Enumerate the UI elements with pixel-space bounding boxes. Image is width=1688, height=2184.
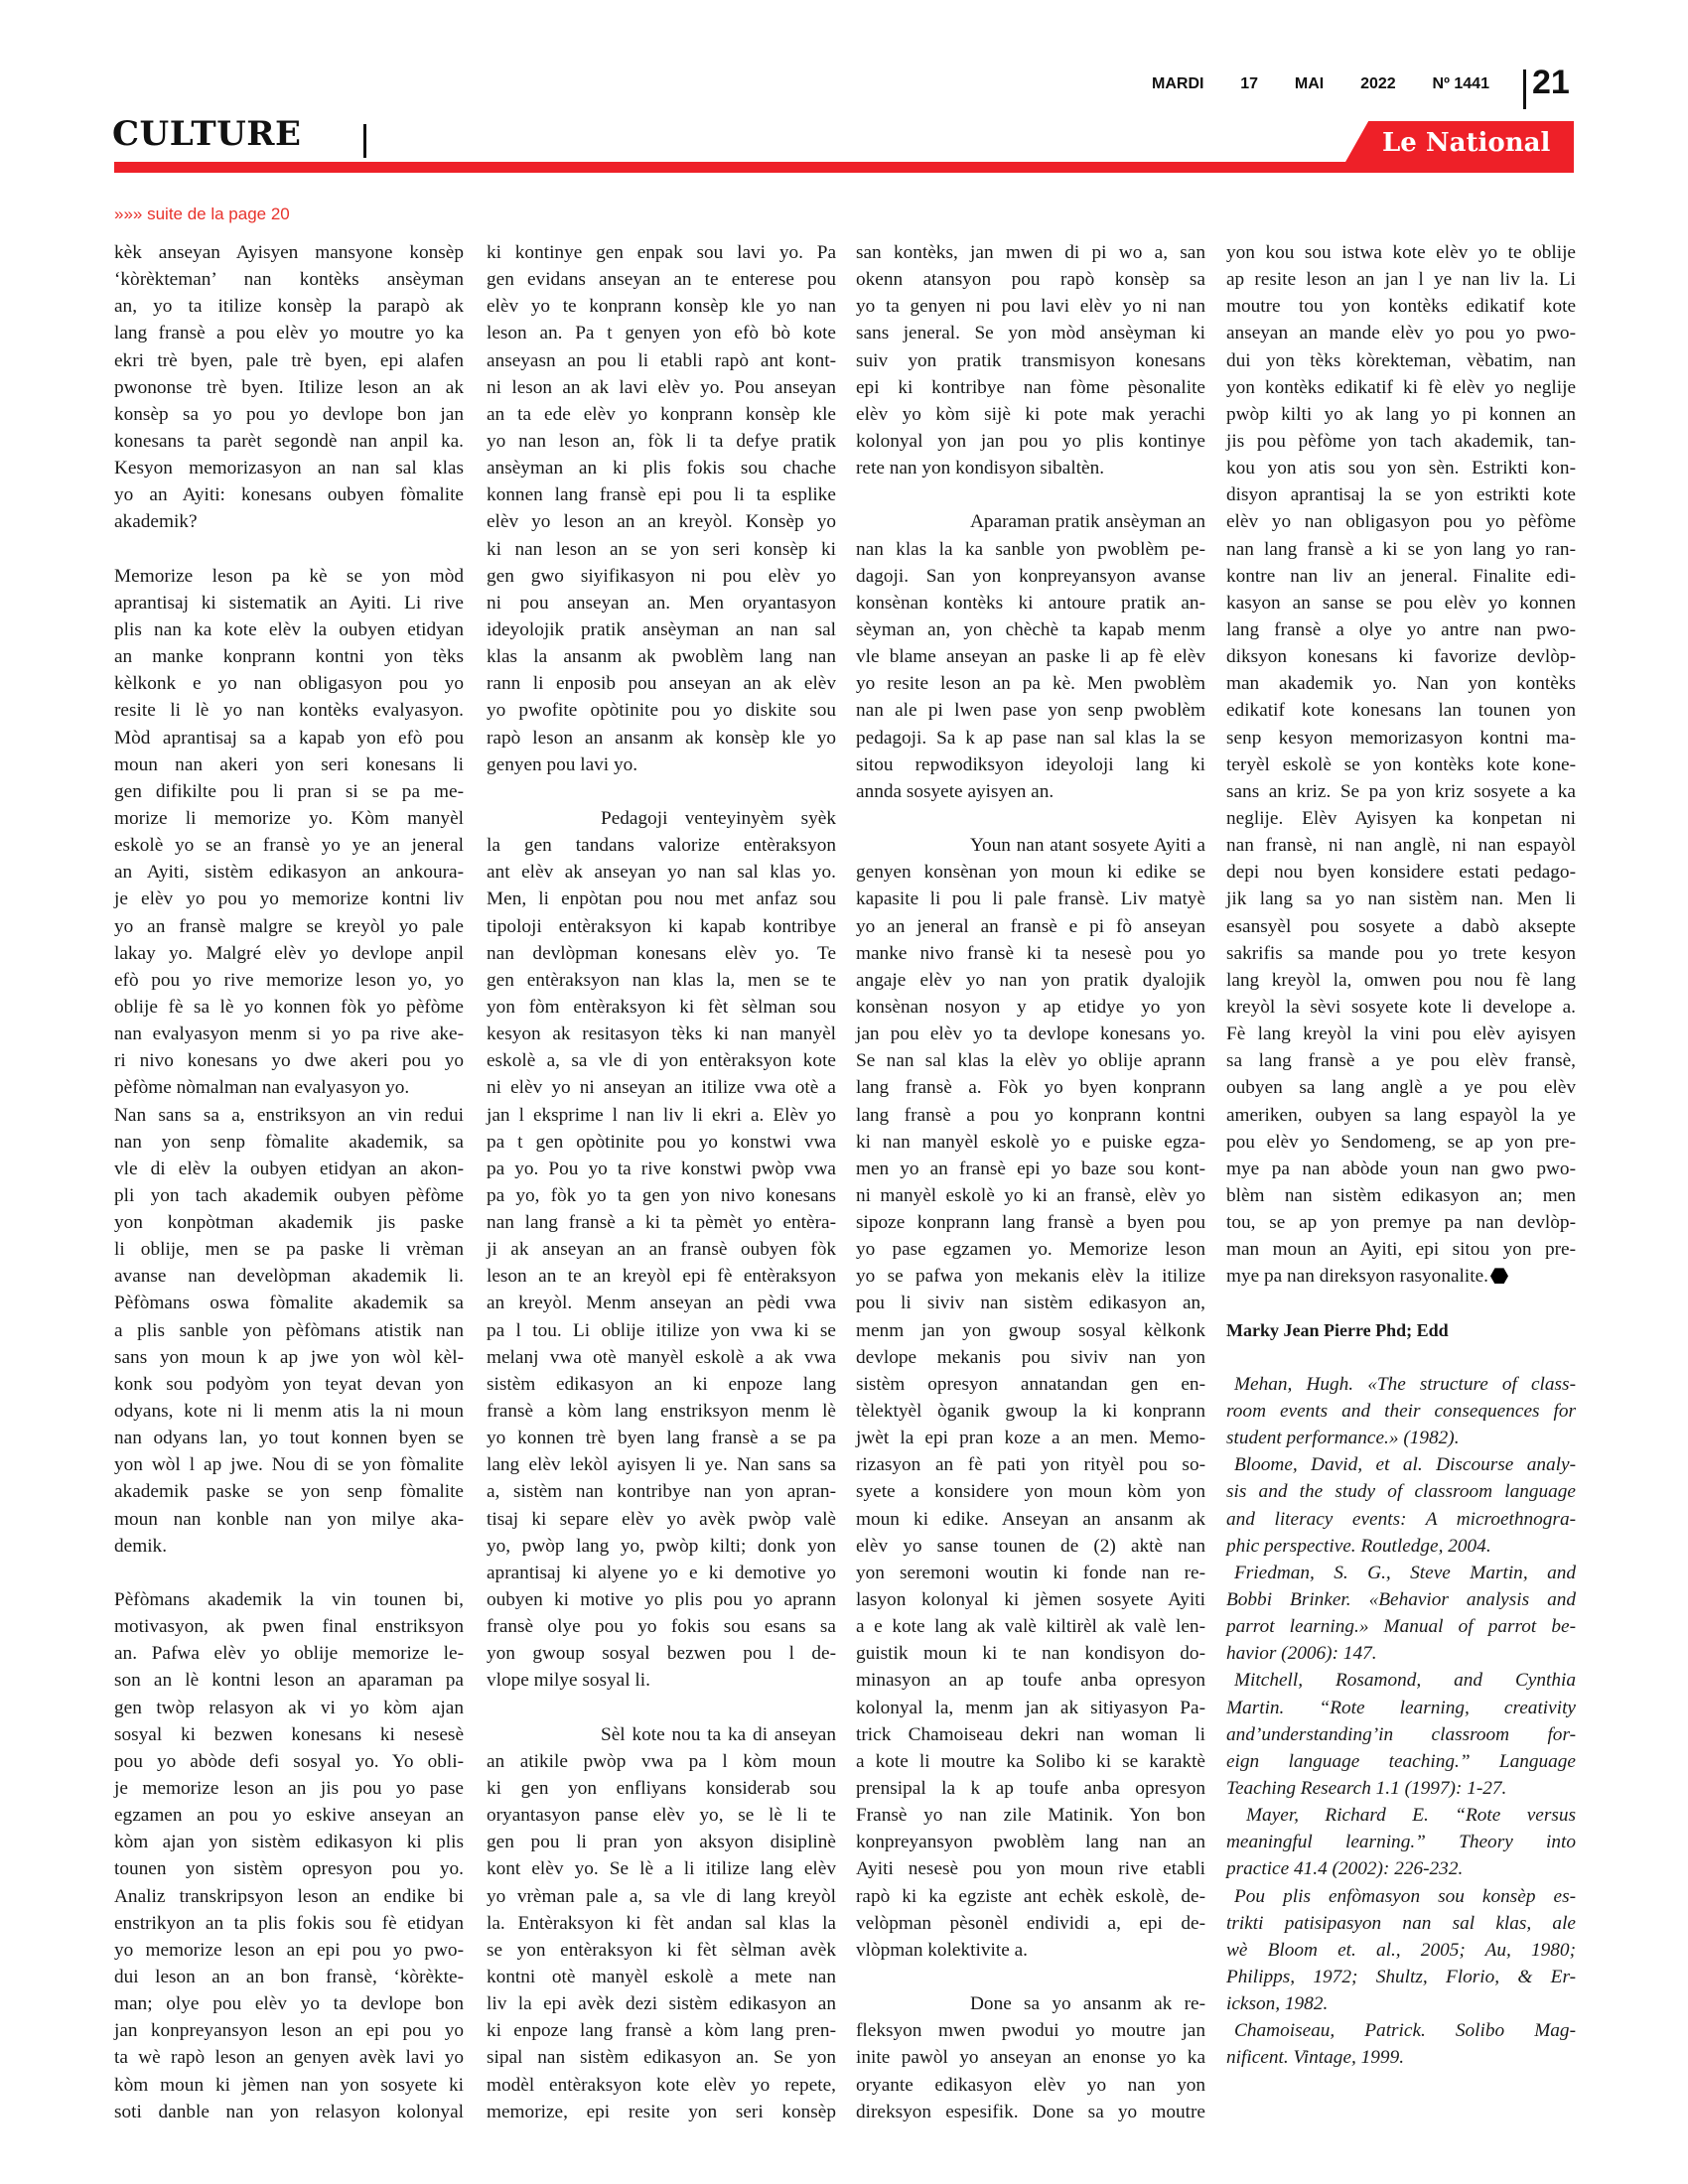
text-line: morize li memorize yo. Kòm manyèl <box>114 805 464 832</box>
text-line: modèl entèraksyon kote elèv yo repete, <box>487 2072 836 2099</box>
weekday: MARDI <box>1152 75 1203 93</box>
article-column-2: ki kontinye gen enpak sou lavi yo. Pagen… <box>487 239 836 2125</box>
text-line: Memorize leson pa kè se yon mòd <box>114 563 464 590</box>
text-line: nan odyans lan, yo tout konnen byen se <box>114 1425 464 1451</box>
text-line: oryante edikasyon elèv yo nan yon <box>856 2072 1205 2099</box>
text-line: fransè a kòm lang enstriksyon menm lè <box>487 1398 836 1425</box>
text-line: neglije. Elèv Ayisyen ka konpetan ni <box>1226 805 1576 832</box>
text-line: devlope mekanis pou siviv nan yon <box>856 1344 1205 1371</box>
text-line: pwononse trè byen. Itilize leson an ak <box>114 374 464 401</box>
text-line: konk sou podyòm yon teyat devan yon <box>114 1371 464 1398</box>
text-line: demik. <box>114 1533 464 1560</box>
text-line: kesyon ak resitasyon tèks ki nan manyèl <box>487 1021 836 1047</box>
reference-line: Mehan, Hugh. «The structure of class- <box>1226 1371 1576 1398</box>
text-line: kolonyal yon jan pou yo plis kontinye <box>856 428 1205 455</box>
text-line: ki kontinye gen enpak sou lavi yo. Pa <box>487 239 836 266</box>
text-line: son an lè kontni leson an aparaman pa <box>114 1667 464 1694</box>
text-line: sans yon moun k ap jwe yon wòl kèl- <box>114 1344 464 1371</box>
text-line: nan klas la ka sanble yon pwoblèm pe- <box>856 536 1205 563</box>
text-line: gen difikilte pou li pran si se pa me- <box>114 778 464 805</box>
text-line: teryèl eskolè se yon kontèks kote kone- <box>1226 751 1576 778</box>
text-line: yon gwoup sosyal bezwen pou l de- <box>487 1640 836 1667</box>
text-line: li oblije, men se pa paske li vrèman <box>114 1236 464 1263</box>
reference-line: eign language teaching.” Language <box>1226 1748 1576 1775</box>
text-line: nan yon senp fòmalite akademik, sa <box>114 1129 464 1156</box>
text-line: gen gwo siyifikasyon ni pou elèv yo <box>487 563 836 590</box>
text-line: anseyasn an pou li etabli rapò ant kont- <box>487 347 836 374</box>
text-line: rann li enposib pou anseyan an ak elèv <box>487 670 836 697</box>
text-line: kolonyal la, menm jan ak sitiyasyon Pa- <box>856 1695 1205 1721</box>
reference-line: havior (2006): 147. <box>1226 1640 1576 1667</box>
text-line: dagoji. San yon konpreyansyon avanse <box>856 563 1205 590</box>
text-line: man moun an Ayiti, epi sitou yon pre- <box>1226 1236 1576 1263</box>
paragraph-gap <box>1226 1344 1576 1371</box>
text-line: Men, li enpòtan pou nou met anfaz sou <box>487 886 836 912</box>
text-line: elèv yo sanse tounen de (2) aktè nan <box>856 1533 1205 1560</box>
text-line: sosyal ki bezwen konesans ki nesesè <box>114 1721 464 1748</box>
text-line: konnen lang fransè epi pou li ta esplike <box>487 481 836 508</box>
text-line: ki gen yon enfliyans konsiderab sou <box>487 1775 836 1802</box>
text-line: moun nan akeri yon seri konesans li <box>114 751 464 778</box>
text-line: sakrifis sa mande pou yo trete kesyon <box>1226 940 1576 967</box>
reference-line: Friedman, S. G., Steve Martin, and <box>1226 1560 1576 1586</box>
text-line: senp kesyon memorizasyon kontni ma- <box>1226 725 1576 751</box>
text-line: Pèfòmans oswa fòmalite akademik sa <box>114 1290 464 1316</box>
text-line: trick Chamoiseau dekri nan woman li <box>856 1721 1205 1748</box>
text-line: vlope milye sosyal li. <box>487 1667 836 1694</box>
text-line: nan devlòpman konesans elèv yo. Te <box>487 940 836 967</box>
reference-line: Philipps, 1972; Shultz, Florio, & Er- <box>1226 1964 1576 1990</box>
text-line: kasyon an sanse se pou elèv yo konnen <box>1226 590 1576 616</box>
text-line: tounen yon sistèm opresyon pou yo. <box>114 1855 464 1882</box>
text-line: ameriken, oubyen sa lang espayòl la ye <box>1226 1102 1576 1129</box>
text-line: yo resite leson an pa kè. Men pwoblèm <box>856 670 1205 697</box>
text-line: yon seremoni woutin ki fonde nan re- <box>856 1560 1205 1586</box>
text-line: fransè olye pou yo fokis sou esans sa <box>487 1613 836 1640</box>
end-of-article-icon <box>1490 1268 1508 1284</box>
text-line: sèyman an, yon chèchè ta kapab menm <box>856 616 1205 643</box>
text-line: konsènan nosyon y ap etidye yo yon <box>856 994 1205 1021</box>
text-line: Kesyon memorizasyon an nan sal klas <box>114 455 464 481</box>
text-line: lang fransè a pou yo konprann kontni <box>856 1102 1205 1129</box>
reference-line: and literacy events: A microethnogra- <box>1226 1506 1576 1533</box>
text-line: Mòd aprantisaj sa a kapab yon efò pou <box>114 725 464 751</box>
text-line: moutre tou yon kontèks edikatif kote <box>1226 293 1576 320</box>
paragraph-gap <box>487 1695 836 1721</box>
page-number-divider <box>1523 69 1526 109</box>
text-line: efò pou yo rive memorize leson yo, yo <box>114 967 464 994</box>
text-line: ant elèv ak anseyan yo nan sal klas yo. <box>487 859 836 886</box>
text-line: yo nan leson an, fòk li ta defye pratik <box>487 428 836 455</box>
text-line: gen evidans anseyan an te enterese pou <box>487 266 836 293</box>
text-line: men yo an fransè epi yo baze sou kont- <box>856 1156 1205 1182</box>
text-line: tou, se ap yon premye pa nan devlòp- <box>1226 1209 1576 1236</box>
text-line: a e kote lang ak valè kiltirèl ak valè l… <box>856 1613 1205 1640</box>
text-line: eskolè yo se an fransè yo ye an jeneral <box>114 832 464 859</box>
text-line: eskolè a, sa vle di yon entèraksyon kote <box>487 1047 836 1074</box>
text-line: avanse nan develòpman akademik li. <box>114 1263 464 1290</box>
text-line: vle blame anseyan an paske li ap fè elèv <box>856 643 1205 670</box>
text-line: yo konnen trè byen lang fransè a se pa <box>487 1425 836 1451</box>
text-line: syete a konsidere yon moun kòm yon <box>856 1478 1205 1505</box>
text-line: elèv yo kòm sijè ki pote mak yerachi <box>856 401 1205 428</box>
text-line: manke nivo fransè ki ta nesesè pou yo <box>856 940 1205 967</box>
text-line: yo an Ayiti: konesans oubyen fòmalite <box>114 481 464 508</box>
text-line: Se nan sal klas la elèv yo oblije aprann <box>856 1047 1205 1074</box>
text-line: Done sa yo ansanm ak re- <box>856 1990 1205 2017</box>
text-line: ki enpoze lang fransè a kòm lang pren- <box>487 2017 836 2044</box>
text-line: tèlektyèl òganik gwoup la ki konprann <box>856 1398 1205 1425</box>
text-line: annda sosyete ayisyen an. <box>856 778 1205 805</box>
text-line: yo an jeneral an fransè e pi fò anseyan <box>856 913 1205 940</box>
text-line: ni pou anseyan an. Men oryantasyon <box>487 590 836 616</box>
text-line: kèk anseyan Ayisyen mansyone konsèp <box>114 239 464 266</box>
reference-line: Teaching Research 1.1 (1997): 1-27. <box>1226 1775 1576 1802</box>
reference-line: student performance.» (1982). <box>1226 1425 1576 1451</box>
text-line: rete nan yon kondisyon sibaltèn. <box>856 455 1205 481</box>
text-line: jan pou elèv yo ta devlope konesans yo. <box>856 1021 1205 1047</box>
day-of-month: 17 <box>1240 75 1258 93</box>
text-line: ki nan leson an se yon seri konsèp ki <box>487 536 836 563</box>
text-line: Youn nan atant sosyete Ayiti a <box>856 832 1205 859</box>
text-line: dui leson an an bon fransè, ‘kòrèkte- <box>114 1964 464 1990</box>
text-line: lasyon kolonyal ki jèmen sosyete Ayiti <box>856 1586 1205 1613</box>
text-line: a, sistèm nan kontribye nan yon apran- <box>487 1478 836 1505</box>
text-line: resite li lè yo nan kontèks evalyasyon. <box>114 697 464 724</box>
issue-number: Nº 1441 <box>1433 75 1489 93</box>
text-line: an. Pafwa elèv yo oblije memorize le- <box>114 1640 464 1667</box>
text-line: nan lang fransè a ki se yon lang yo ran- <box>1226 536 1576 563</box>
text-line: pa l tou. Li oblije itilize yon vwa ki s… <box>487 1317 836 1344</box>
text-line: yo pwofite opòtinite pou yo diskite sou <box>487 697 836 724</box>
text-line: elèv yo te konprann konsèp kle yo nan <box>487 293 836 320</box>
text-line: mye pa nan direksyon rasyonalite. <box>1226 1263 1576 1290</box>
text-line: Pèfòmans akademik la vin tounen bi, <box>114 1586 464 1613</box>
text-line: motivasyon, ak pwen final enstriksyon <box>114 1613 464 1640</box>
text-line: anseyan an mande elèv yo pou yo pwo- <box>1226 320 1576 346</box>
text-line: Pedagoji venteyinyèm syèk <box>487 805 836 832</box>
text-line: an manke konprann kontni yon tèks <box>114 643 464 670</box>
text-line: kontre nan liv an jeneral. Finalite edi- <box>1226 563 1576 590</box>
text-line: an Ayiti, sistèm edikasyon an ankoura- <box>114 859 464 886</box>
text-line: edikatif kote konesans lan tounen yon <box>1226 697 1576 724</box>
text-line: oryantasyon panse elèv yo, se lè li te <box>487 1802 836 1829</box>
text-line: rapò ki ka egziste ant echèk eskolè, de- <box>856 1883 1205 1910</box>
text-line: pa yo, fòk yo ta gen yon nivo konesans <box>487 1182 836 1209</box>
text-line: pwòp kilti yo ak lang yo pi konnen an <box>1226 401 1576 428</box>
text-line: lang fransè a pou elèv yo moutre yo ka <box>114 320 464 346</box>
text-line: ni elèv yo ni anseyan an itilize vwa otè… <box>487 1074 836 1101</box>
text-line: sipal nan sistèm edikasyon an. Se yon <box>487 2044 836 2071</box>
text-line: man akademik yo. Nan yon kontèks <box>1226 670 1576 697</box>
text-line: kòm moun ki jèmen nan yon sosyete ki <box>114 2072 464 2099</box>
text-line: pli yon tach akademik oubyen pèfòme <box>114 1182 464 1209</box>
text-line: liv la epi avèk dezi sistèm edikasyon an <box>487 1990 836 2017</box>
text-line: depi nou byen konsidere estati pedago- <box>1226 859 1576 886</box>
text-line: dui yon tèks kòrekteman, vèbatim, nan <box>1226 347 1576 374</box>
text-line: vlòpman kolektivite a. <box>856 1937 1205 1964</box>
reference-line: Mayer, Richard E. “Rote versus <box>1226 1802 1576 1829</box>
text-line: ansèyman an ki plis fokis sou chache <box>487 455 836 481</box>
text-line: la gen tandans valorize entèraksyon <box>487 832 836 859</box>
text-line: lang fransè a olye yo antre nan pwo- <box>1226 616 1576 643</box>
text-line: yon wòl l ap jwe. Nou di se yon fòmalite <box>114 1451 464 1478</box>
text-line: Ayiti nesesè pou yon moun rive etabli <box>856 1855 1205 1882</box>
text-line: soti danble nan yon relasyon kolonyal <box>114 2099 464 2125</box>
text-line: a kote li moutre ka Solibo ki se karaktè <box>856 1748 1205 1775</box>
text-line: ideyolojik pratik ansèyman an nan sal <box>487 616 836 643</box>
text-line: an ta ede elèv yo konprann konsèp kle <box>487 401 836 428</box>
text-line: an atikile pwòp vwa pa l kòm moun <box>487 1748 836 1775</box>
text-line: jwèt la epi pran koze a an men. Memo- <box>856 1425 1205 1451</box>
reference-line: Bloome, David, et al. Discourse analy- <box>1226 1451 1576 1478</box>
text-line: je elèv yo pou yo memorize kontni liv <box>114 886 464 912</box>
text-line: akademik? <box>114 508 464 535</box>
text-line: gen pou li pran yon aksyon disiplinè <box>487 1829 836 1855</box>
reference-line: nificent. Vintage, 1999. <box>1226 2044 1576 2071</box>
text-line: nan evalyasyon menm si yo pa rive ake- <box>114 1021 464 1047</box>
text-line: esansyèl pou sosyete a dabò aksepte <box>1226 913 1576 940</box>
text-line: ji ak anseyan an an fransè oubyen fòk <box>487 1236 836 1263</box>
text-line: yo ta genyen ni pou lavi elèv yo ni nan <box>856 293 1205 320</box>
text-line: rapò leson an ansanm ak konsèp kle yo <box>487 725 836 751</box>
paragraph-gap <box>856 1964 1205 1990</box>
article-column-3: san kontèks, jan mwen di pi wo a, sanoke… <box>856 239 1205 2125</box>
text-line: Sèl kote nou ta ka di anseyan <box>487 1721 836 1748</box>
continued-from-label: »»» suite de la page 20 <box>114 205 290 224</box>
text-line: ki nan manyèl eskolè yo e puiske egza- <box>856 1129 1205 1156</box>
text-line: je memorize leson an jis pou yo pase <box>114 1775 464 1802</box>
reference-line: wè Bloom et. al., 2005; Au, 1980; <box>1226 1937 1576 1964</box>
text-line: kòm ajan yon sistèm edikasyon ki plis <box>114 1829 464 1855</box>
text-line: jik lang sa yo nan sistèm nan. Men li <box>1226 886 1576 912</box>
text-line: yon konpòtman akademik jis paske <box>114 1209 464 1236</box>
text-line: nan fransè, ni nan anglè, ni nan espayòl <box>1226 832 1576 859</box>
text-line: konpreyansyon pwoblèm lang nan an <box>856 1829 1205 1855</box>
text-line: konesans ta parèt segondè nan anpil ka. <box>114 428 464 455</box>
reference-line: practice 41.4 (2002): 226-232. <box>1226 1855 1576 1882</box>
text-line: genyen konsènan yon moun ki edike se <box>856 859 1205 886</box>
month: MAI <box>1295 75 1324 93</box>
text-line: sa lang fransè a ye pou elèv fransè, <box>1226 1047 1576 1074</box>
text-line: okenn atansyon pou rapò konsèp sa <box>856 266 1205 293</box>
section-title: CULTURE <box>112 117 301 151</box>
text-line: oubyen ki motive yo plis pou yo aprann <box>487 1586 836 1613</box>
reference-line: trikti patisipasyon nan sal klas, ale <box>1226 1910 1576 1937</box>
text-line: diksyon konesans ki favorize devlòp- <box>1226 643 1576 670</box>
text-line: sitou repwodiksyon ideyoloji lang ki <box>856 751 1205 778</box>
text-line: oubyen sa lang anglè a ye pou elèv <box>1226 1074 1576 1101</box>
text-line: inite pawòl yo anseyan an enonse yo ka <box>856 2044 1205 2071</box>
text-line: kreyòl la sèvi sosyete kote li develope … <box>1226 994 1576 1021</box>
text-line: lakay yo. Malgré elèv yo devlope anpil <box>114 940 464 967</box>
text-line: konsènan kontèks ki antoure pratik an- <box>856 590 1205 616</box>
text-line: moun ki edike. Anseyan an ansanm ak <box>856 1506 1205 1533</box>
text-line: jis pou pèfòme yon tach akademik, tan- <box>1226 428 1576 455</box>
reference-line: and’understanding’in classroom for- <box>1226 1721 1576 1748</box>
text-line: plis nan ka kote elèv la oubyen etidyan <box>114 616 464 643</box>
text-line: la. Entèraksyon ki fèt andan sal klas la <box>487 1910 836 1937</box>
text-line: ap resite leson an jan l ye nan liv la. … <box>1226 266 1576 293</box>
text-line: disyon aprantisaj la se yon estrikti kot… <box>1226 481 1576 508</box>
text-line: an kreyòl. Menm anseyan an pèdi vwa <box>487 1290 836 1316</box>
text-line: Aparaman pratik ansèyman an <box>856 508 1205 535</box>
text-line: jan konpreyansyon leson an epi pou yo <box>114 2017 464 2044</box>
paragraph-gap <box>114 1560 464 1586</box>
text-line: klas la ansanm ak pwoblèm lang nan <box>487 643 836 670</box>
paragraph-gap <box>114 536 464 563</box>
paragraph-gap <box>487 778 836 805</box>
text-line: yon kontèks edikatif ki fè elèv yo negli… <box>1226 374 1576 401</box>
article-column-1: kèk anseyan Ayisyen mansyone konsèp‘kòrè… <box>114 239 464 2125</box>
year: 2022 <box>1360 75 1396 93</box>
text-line: tisaj ki separe elèv yo avèk pwòp valè <box>487 1506 836 1533</box>
text-line: an, yo ta itilize konsèp la parapò ak <box>114 293 464 320</box>
text-line: sans jeneral. Se yon mòd ansèyman ki <box>856 320 1205 346</box>
text-line: yon fòm entèraksyon ki fèt sèlman sou <box>487 994 836 1021</box>
reference-line: sis and the study of classroom language <box>1226 1478 1576 1505</box>
reference-line: Chamoiseau, Patrick. Solibo Mag- <box>1226 2017 1576 2044</box>
text-line: genyen pou lavi yo. <box>487 751 836 778</box>
text-line: kèlkonk e yo nan obligasyon pou yo <box>114 670 464 697</box>
text-line: mye pa nan abòde youn nan gwo pwo- <box>1226 1156 1576 1182</box>
text-line: Fransè yo nan zile Matinik. Yon bon <box>856 1802 1205 1829</box>
text-line: leson an. Pa t genyen yon efò bò kote <box>487 320 836 346</box>
text-line: sistèm edikasyon an ki enpoze lang <box>487 1371 836 1398</box>
text-line: prensipal la k ap toufe anba opresyon <box>856 1775 1205 1802</box>
text-line: ri nivo konesans yo dwe akeri pou yo <box>114 1047 464 1074</box>
text-line: kont elèv yo. Se lè a li itilize lang el… <box>487 1855 836 1882</box>
text-line: jan l eksprime l nan liv li ekri a. Elèv… <box>487 1102 836 1129</box>
text-line: san kontèks, jan mwen di pi wo a, san <box>856 239 1205 266</box>
text-line: pèfòme nòmalman nan evalyasyon yo. <box>114 1074 464 1101</box>
text-line: man; olye pou elèv yo ta devlope bon <box>114 1990 464 2017</box>
text-line: lang fransè a. Fòk yo byen konprann <box>856 1074 1205 1101</box>
text-line: leson an te an kreyòl epi fè entèraksyon <box>487 1263 836 1290</box>
section-divider <box>363 124 366 158</box>
text-line: guistik moun ki te nan kondisyon do- <box>856 1640 1205 1667</box>
text-line: kou yon atis sou yon sèn. Estrikti kon- <box>1226 455 1576 481</box>
reference-line: Bobbi Brinker. «Behavior analysis and <box>1226 1586 1576 1613</box>
text-line: epi ki kontribye nan fòme pèsonalite <box>856 374 1205 401</box>
text-line: sipoze konprann lang fransè a byen pou <box>856 1209 1205 1236</box>
text-line: yo, pwòp lang yo, pwòp kilti; donk yon <box>487 1533 836 1560</box>
text-line: menm jan yon gwoup sosyal kèlkonk <box>856 1317 1205 1344</box>
text-line: enstrikyon an ta plis fokis sou fè etidy… <box>114 1910 464 1937</box>
text-line: Nan sans sa a, enstriksyon an vin redui <box>114 1102 464 1129</box>
text-line: ta wè rapò leson an genyen avèk lavi yo <box>114 2044 464 2071</box>
reference-line: Mitchell, Rosamond, and Cynthia <box>1226 1667 1576 1694</box>
text-line: sistèm opresyon annatandan gen en- <box>856 1371 1205 1398</box>
text-line: rizasyon an fè pati yon rityèl pou so- <box>856 1451 1205 1478</box>
text-line: angaje elèv yo nan yon pratik dyalojik <box>856 967 1205 994</box>
text-line: odyans, kote ni li menm atis la ni moun <box>114 1398 464 1425</box>
text-line: nan lang fransè a ki ta pèmèt yo entèra- <box>487 1209 836 1236</box>
text-line: moun nan konble nan yon milye aka- <box>114 1506 464 1533</box>
text-line: aprantisaj ki sistematik an Ayiti. Li ri… <box>114 590 464 616</box>
reference-line: ickson, 1982. <box>1226 1990 1576 2017</box>
text-line: elèv yo nan obligasyon pou yo pèfòme <box>1226 508 1576 535</box>
text-line: ni manyèl eskolè yo ki an fransè, elèv y… <box>856 1182 1205 1209</box>
text-line: melanj vwa otè manyèl eskolè a ak vwa <box>487 1344 836 1371</box>
paragraph-gap <box>856 805 1205 832</box>
text-line: pedagoji. Sa k ap pase nan sal klas la s… <box>856 725 1205 751</box>
text-line: yo se pafwa yon mekanis elèv la itilize <box>856 1263 1205 1290</box>
reference-line: phic perspective. Routledge, 2004. <box>1226 1533 1576 1560</box>
text-line: blèm nan sistèm edikasyon an; men <box>1226 1182 1576 1209</box>
article-column-4: yon kou sou istwa kote elèv yo te oblije… <box>1226 239 1576 2072</box>
text-line: elèv yo leson an an kreyòl. Konsèp yo <box>487 508 836 535</box>
text-line: se yon entèraksyon ki fèt sèlman avèk <box>487 1937 836 1964</box>
issue-dateline: MARDI 17 MAI 2022 Nº 1441 <box>1152 75 1489 93</box>
text-line: pou elèv yo Sendomeng, se ap yon pre- <box>1226 1129 1576 1156</box>
reference-line: parrot learning.» Manual of parrot be- <box>1226 1613 1576 1640</box>
text-line: pou li siviv nan sistèm edikasyon an, <box>856 1290 1205 1316</box>
text-line: gen entèraksyon nan klas la, men se te <box>487 967 836 994</box>
text-line: kapasite li pou li pale fransè. Liv maty… <box>856 886 1205 912</box>
text-line: velòpman pèsonèl endividi a, epi de- <box>856 1910 1205 1937</box>
text-line: pa t gen opòtinite pou yo konstwi vwa <box>487 1129 836 1156</box>
reference-line: Martin. “Rote learning, creativity <box>1226 1695 1576 1721</box>
reference-line: meaningful learning.” Theory into <box>1226 1829 1576 1855</box>
text-line: aprantisaj ki alyene yo e ki demotive yo <box>487 1560 836 1586</box>
text-line: sans an kriz. Se pa yon kriz sosyete a k… <box>1226 778 1576 805</box>
text-line: oblije fè sa lè yo konnen fòk yo pèfòme <box>114 994 464 1021</box>
text-line: pou yo abòde defi sosyal yo. Yo obli- <box>114 1748 464 1775</box>
text-line: direksyon espesifik. Done sa yo moutre <box>856 2099 1205 2125</box>
text-line: minasyon an ap toufe anba opresyon <box>856 1667 1205 1694</box>
text-line: yo memorize leson an epi pou yo pwo- <box>114 1937 464 1964</box>
text-line: tipoloji entèraksyon ki kapab kontribye <box>487 913 836 940</box>
text-line: yo vrèman pale a, sa vle di lang kreyòl <box>487 1883 836 1910</box>
text-line: lang elèv lekòl ayisyen li ye. Nan sans … <box>487 1451 836 1478</box>
text-line: yo pase egzamen yo. Memorize leson <box>856 1236 1205 1263</box>
text-line: lang kreyòl la, omwen pou nou fè lang <box>1226 967 1576 994</box>
text-line: yon kou sou istwa kote elèv yo te oblije <box>1226 239 1576 266</box>
paragraph-gap <box>856 481 1205 508</box>
text-line: Analiz transkripsyon leson an endike bi <box>114 1883 464 1910</box>
text-line: ekri trè byen, pale trè byen, epi alafen <box>114 347 464 374</box>
text-line: nan ale pi lwen pase yon senp pwoblèm <box>856 697 1205 724</box>
text-line: kontni otè manyèl eskolè a mete nan <box>487 1964 836 1990</box>
reference-line: Pou plis enfòmasyon sou konsèp es- <box>1226 1883 1576 1910</box>
text-line: Fè lang kreyòl la vini pou elèv ayisyen <box>1226 1021 1576 1047</box>
text-line: a plis sanble yon pèfòmans atistik nan <box>114 1317 464 1344</box>
text-line: memorize, epi resite yon seri konsèp <box>487 2099 836 2125</box>
paragraph-gap <box>1226 1290 1576 1316</box>
text-line: pa yo. Pou yo ta rive konstwi pwòp vwa <box>487 1156 836 1182</box>
text-line: gen twòp relasyon ak vi yo kòm ajan <box>114 1695 464 1721</box>
text-line: konsèp sa yo pou yo devlope bon jan <box>114 401 464 428</box>
author-signature: Marky Jean Pierre Phd; Edd <box>1226 1317 1576 1344</box>
text-line: fleksyon mwen pwodui yo moutre jan <box>856 2017 1205 2044</box>
text-line: ni leson an ak lavi elèv yo. Pou anseyan <box>487 374 836 401</box>
text-line: suiv yon pratik transmisyon konesans <box>856 347 1205 374</box>
text-line: vle di elèv la oubyen etidyan an akon- <box>114 1156 464 1182</box>
publication-name: Le National <box>1382 127 1550 161</box>
text-line: akademik paske se yon senp fòmalite <box>114 1478 464 1505</box>
text-line: yo an fransè malgre se kreyòl yo pale <box>114 913 464 940</box>
text-line: ‘kòrèkteman’ nan kontèks ansèyman <box>114 266 464 293</box>
text-line: egzamen an pou yo eskive anseyan an <box>114 1802 464 1829</box>
reference-line: room events and their consequences for <box>1226 1398 1576 1425</box>
page-number: 21 <box>1532 66 1570 99</box>
